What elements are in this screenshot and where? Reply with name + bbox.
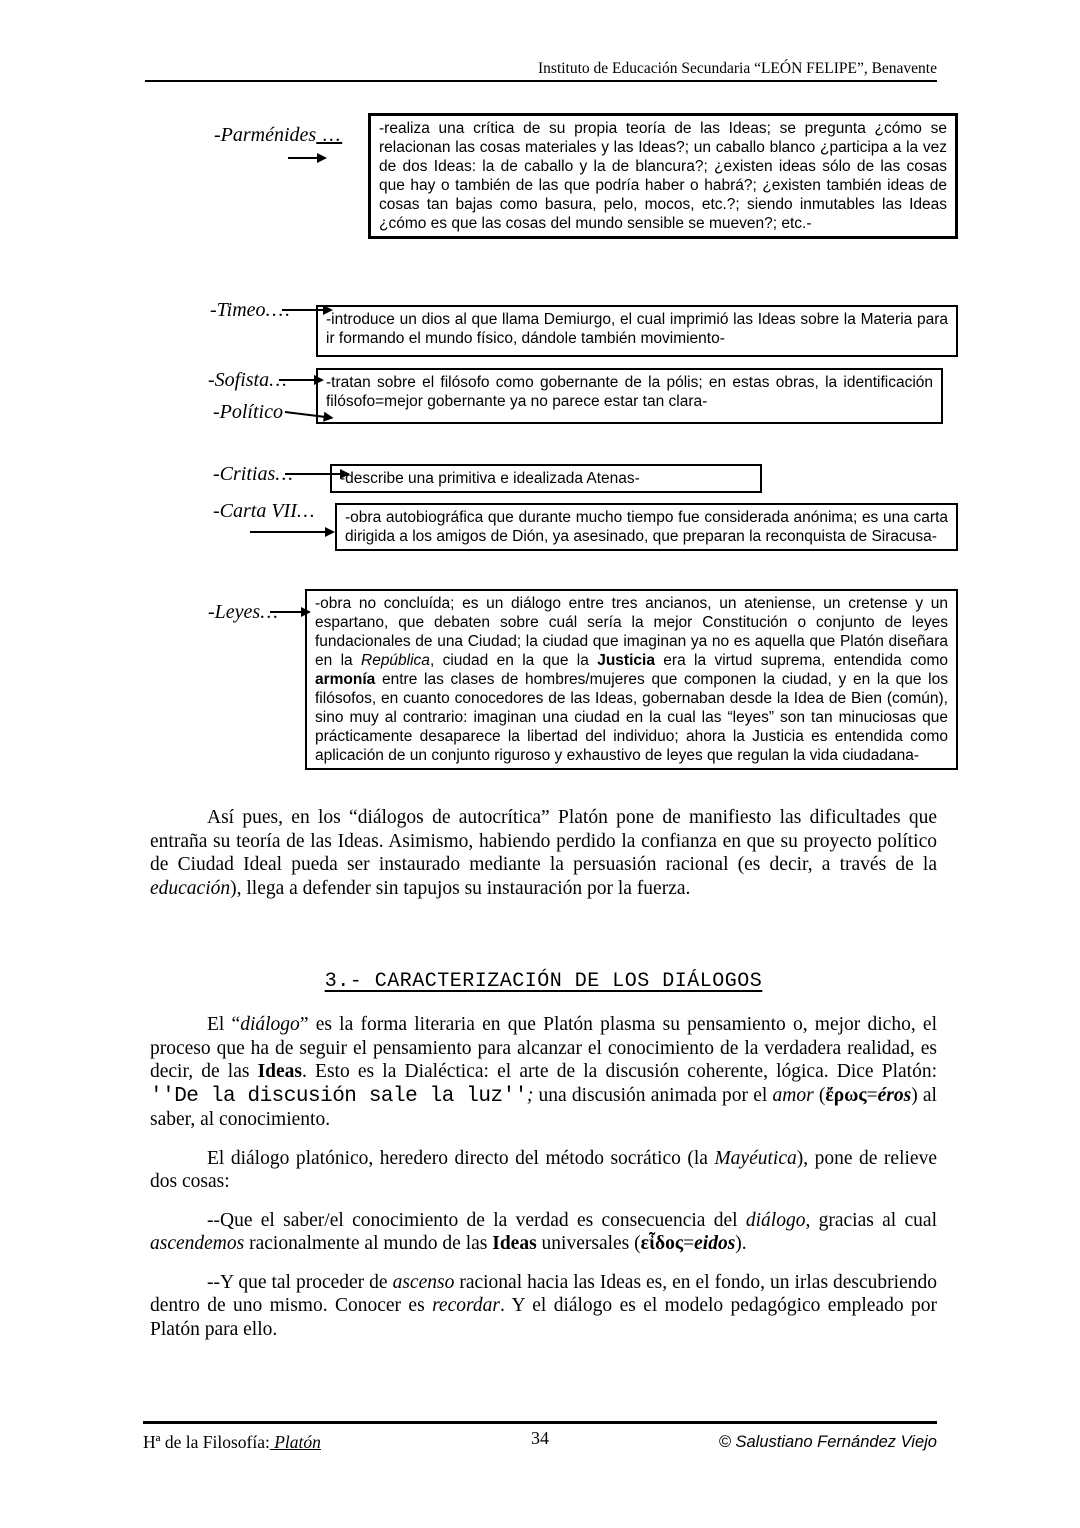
dotted-leader: ...	[316, 124, 342, 146]
dialogue-box-sofista-politico: -tratan sobre el filósofo como gobernant…	[316, 368, 943, 424]
dialogue-box-timeo: -introduce un dios al que llama Demiurgo…	[316, 305, 958, 357]
label-text: -Carta VII	[213, 500, 297, 522]
header-institute: Instituto de Educación Secundaria “LEÓN …	[538, 60, 937, 78]
paragraph-saber-conocimiento: --Que el saber/el conocimiento de la ver…	[150, 1209, 937, 1256]
body-copy: Así pues, en los “diálogos de autocrític…	[150, 806, 937, 1341]
footer-author: © Salustiano Fernández Viejo	[719, 1433, 937, 1452]
label-text: -Timeo	[210, 299, 266, 321]
dotted-leader: ...	[297, 500, 317, 522]
label-text: -Critias	[213, 463, 275, 485]
document-page: Instituto de Educación Secundaria “LEÓN …	[0, 0, 1080, 1528]
dialogue-box-leyes: -obra no concluída; es un diálogo entre …	[305, 589, 958, 770]
label-text: -Parménides	[214, 124, 316, 146]
label-text: -Político	[213, 401, 283, 423]
paragraph-ascenso-racional: --Y que tal proceder de ascenso racional…	[150, 1271, 937, 1342]
arrow-icon	[250, 531, 326, 533]
arrow-icon	[270, 611, 302, 613]
header-rule	[145, 80, 937, 82]
paragraph-dialogo-platonico: El diálogo platónico, heredero directo d…	[150, 1147, 937, 1194]
dialogue-label-sofista: -Sofista...	[208, 369, 315, 392]
paragraph-dialogo-forma-literaria: El “diálogo” es la forma literaria en qu…	[150, 1013, 937, 1132]
dialogue-box-parmenides: -realiza una crítica de su propia teoría…	[368, 113, 958, 239]
footer-rule	[143, 1421, 937, 1424]
dialogue-box-carta-vii: -obra autobiográfica que durante mucho t…	[335, 503, 958, 551]
dialogue-label-leyes: -Leyes...	[208, 601, 302, 624]
dialogue-label-timeo: -Timeo....	[210, 299, 324, 322]
dialogue-label-carta-vii: -Carta VII...	[213, 500, 316, 523]
dialogue-label-politico: -Político	[213, 401, 325, 424]
paragraph-autocritica: Así pues, en los “diálogos de autocrític…	[150, 806, 937, 900]
section-heading: 3.- CARACTERIZACIÓN DE LOS DIÁLOGOS	[150, 970, 937, 993]
label-text: -Leyes	[208, 601, 260, 623]
arrow-icon	[288, 157, 318, 159]
dialogue-label-critias: -Critias...	[213, 463, 341, 486]
dialogue-box-critias: -describe una primitiva e idealizada Ate…	[330, 464, 762, 493]
arrow-icon	[279, 379, 315, 381]
dialogue-label-parmenides: -Parménides ...	[214, 124, 342, 147]
label-text: -Sofista	[208, 369, 269, 391]
